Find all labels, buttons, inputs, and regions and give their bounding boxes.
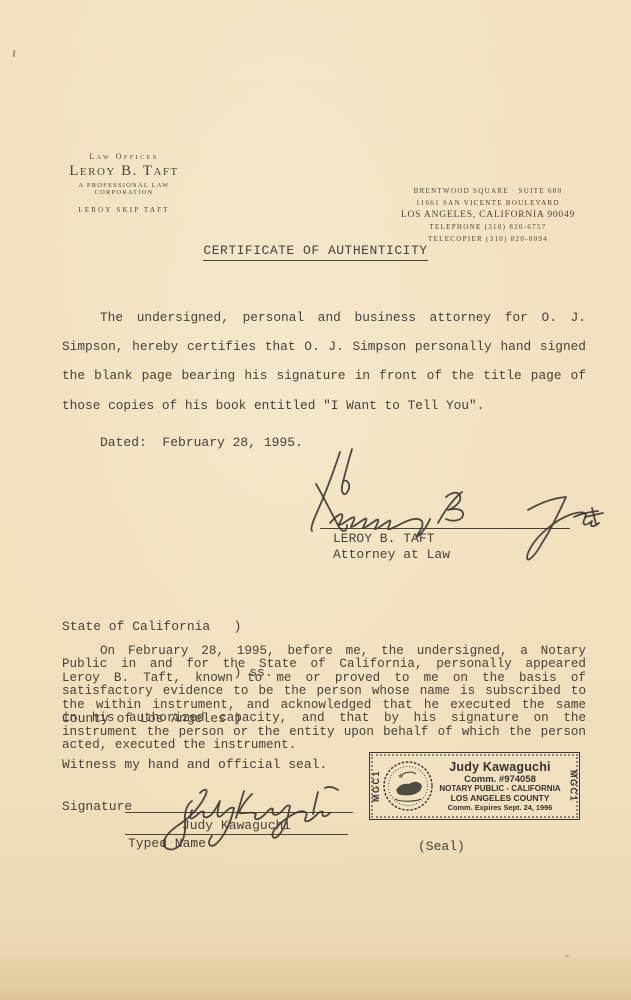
seal-label: (Seal) [418,839,465,854]
attorney-typed-block: LEROY B. TAFT Attorney at Law [333,531,450,562]
stamp-side-code-right: MGC1 [568,753,579,819]
law-offices-label: Law Offices [58,152,190,161]
phone-line: TELEPHONE (310) 820-6757 [393,221,583,233]
firm-name: Leroy B. Taft [58,163,190,180]
attorney-title: Attorney at Law [333,547,450,563]
paragraph-line: On February 28, 1995, before me, the und… [62,645,586,658]
attorney-signature-line [320,512,570,529]
acknowledgment-paragraph: On February 28, 1995, before me, the und… [62,645,586,753]
attorney-typed-name: LEROY B. TAFT [333,531,450,547]
document-title: CERTIFICATE OF AUTHENTICITY [0,243,631,258]
notary-signature-line [125,796,353,813]
stamp-text-block: Judy Kawaguchi Comm. #974058 NOTARY PUBL… [434,760,568,812]
witness-line: Witness my hand and official seal. [62,757,327,772]
certification-paragraph: The undersigned, personal and business a… [62,303,586,420]
notary-stamp: MGC1 Judy Kawaguchi Comm. #974058 NOTARY… [369,752,580,820]
address-line-2: 11661 SAN VICENTE BOULEVARD [393,197,583,209]
paragraph-line: Simpson, hereby certifies that O. J. Sim… [62,332,586,361]
firm-subtitle: A PROFESSIONAL LAW CORPORATION [58,182,190,196]
stamp-side-code-left: MGC1 [370,753,381,819]
signature-label: Signature [62,799,132,814]
paragraph-line: in his authorized capacity, and that by … [62,712,586,725]
address-line-1: BRENTWOOD SQUARE · SUITE 600 [393,185,583,197]
paragraph-line: The undersigned, personal and business a… [62,303,586,332]
letterhead-address-block: BRENTWOOD SQUARE · SUITE 600 11661 SAN V… [393,185,583,245]
taft-pen-flourish [342,449,352,494]
paragraph-line: the blank page bearing his signature in … [62,361,586,390]
typed-name-label: Typed Name [128,836,206,851]
paragraph-line: Leroy B. Taft, known to me or proved to … [62,672,586,685]
notary-typed-name: Judy Kawaguchi [125,818,348,835]
paragraph-line: instrument the person or the entity upon… [62,726,586,739]
attorney-name: LEROY SKIP TAFT [58,206,190,214]
paragraph-line: acted, executed the instrument. [62,739,586,752]
paper-speck [565,955,569,957]
paragraph-line: satisfactory evidence to be the person w… [62,685,586,698]
paper-speck [13,50,16,57]
stamp-expiration: Comm. Expires Sept. 24, 1996 [434,804,566,812]
address-city-line: LOS ANGELES, CALIFORNIA 90049 [393,209,583,221]
california-state-seal-icon [382,757,434,815]
certificate-document: Law Offices Leroy B. Taft A PROFESSIONAL… [0,0,631,1000]
letterhead-firm-block: Law Offices Leroy B. Taft A PROFESSIONAL… [58,152,190,214]
paragraph-line: the within instrument, and acknowledged … [62,699,586,712]
handwritten-ink-layer [0,0,631,1000]
dated-line: Dated: February 28, 1995. [100,435,303,450]
paragraph-line: Public in and for the State of Californi… [62,658,586,671]
venue-state: State of California ) [62,619,273,634]
paragraph-line: those copies of his book entitled "I Wan… [62,391,586,420]
stamp-notary-name: Judy Kawaguchi [434,760,566,774]
